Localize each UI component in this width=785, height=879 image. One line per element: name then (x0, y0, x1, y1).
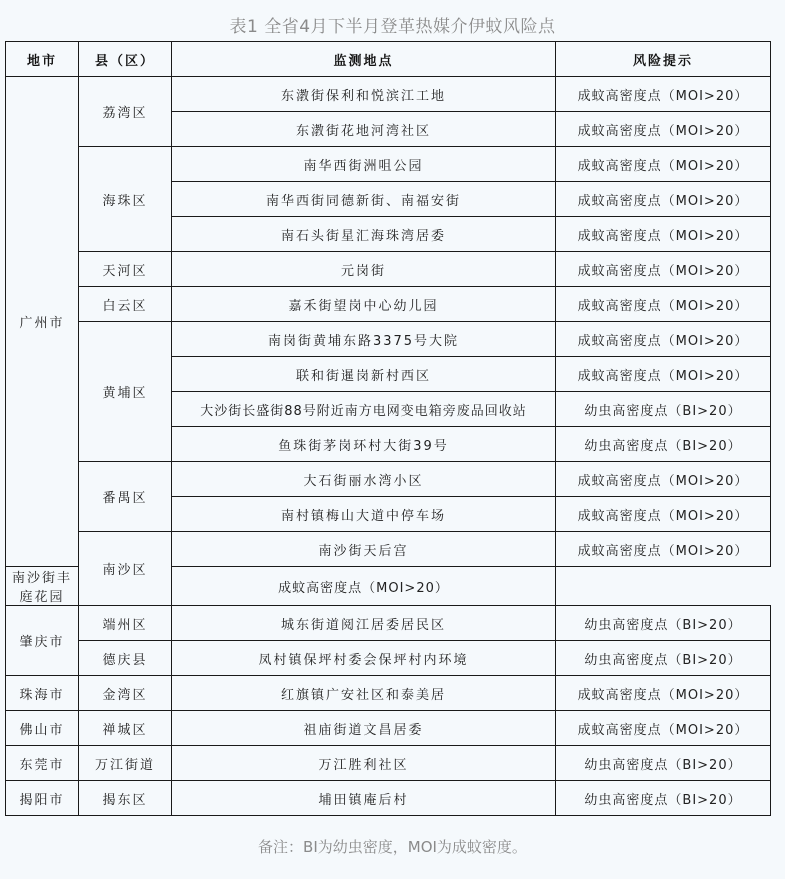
risk-cell: 成蚊高密度点（MOI>20） (556, 357, 771, 392)
site-cell: 东漖街保利和悦滨江工地 (172, 77, 556, 112)
site-cell: 万江胜利社区 (172, 746, 556, 781)
risk-cell: 成蚊高密度点（MOI>20） (556, 532, 771, 567)
risk-cell: 成蚊高密度点（MOI>20） (556, 217, 771, 252)
table-row: 白云区 嘉禾街望岗中心幼儿园 成蚊高密度点（MOI>20） (6, 287, 771, 322)
district-cell: 天河区 (79, 252, 172, 287)
risk-cell: 成蚊高密度点（MOI>20） (556, 322, 771, 357)
risk-cell: 成蚊高密度点（MOI>20） (556, 147, 771, 182)
risk-cell: 成蚊高密度点（MOI>20） (556, 497, 771, 532)
risk-points-table: 地市 县（区） 监测地点 风险提示 广州市 荔湾区 东漖街保利和悦滨江工地 成蚊… (5, 41, 771, 816)
city-cell: 珠海市 (6, 676, 79, 711)
site-cell: 嘉禾街望岗中心幼儿园 (172, 287, 556, 322)
district-cell: 白云区 (79, 287, 172, 322)
risk-cell: 成蚊高密度点（MOI>20） (556, 77, 771, 112)
district-cell: 海珠区 (79, 147, 172, 252)
district-cell: 揭东区 (79, 781, 172, 816)
risk-cell: 幼虫高密度点（BI>20） (556, 641, 771, 676)
site-cell: 东漖街花地河湾社区 (172, 112, 556, 147)
risk-cell: 幼虫高密度点（BI>20） (556, 781, 771, 816)
table-row: 珠海市 金湾区 红旗镇广安社区和泰美居 成蚊高密度点（MOI>20） (6, 676, 771, 711)
district-cell: 金湾区 (79, 676, 172, 711)
risk-cell: 幼虫高密度点（BI>20） (556, 746, 771, 781)
district-cell: 番禺区 (79, 462, 172, 532)
risk-cell: 成蚊高密度点（MOI>20） (172, 567, 556, 606)
site-cell: 红旗镇广安社区和泰美居 (172, 676, 556, 711)
table-row: 东莞市 万江街道 万江胜利社区 幼虫高密度点（BI>20） (6, 746, 771, 781)
city-cell: 佛山市 (6, 711, 79, 746)
district-cell: 端州区 (79, 606, 172, 641)
site-cell: 鱼珠街茅岗环村大街39号 (172, 427, 556, 462)
header-city: 地市 (6, 42, 79, 77)
risk-cell: 成蚊高密度点（MOI>20） (556, 112, 771, 147)
table-row: 揭阳市 揭东区 埔田镇庵后村 幼虫高密度点（BI>20） (6, 781, 771, 816)
table-row: 佛山市 禅城区 祖庙街道文昌居委 成蚊高密度点（MOI>20） (6, 711, 771, 746)
table-row: 天河区 元岗街 成蚊高密度点（MOI>20） (6, 252, 771, 287)
district-cell: 黄埔区 (79, 322, 172, 462)
risk-cell: 成蚊高密度点（MOI>20） (556, 287, 771, 322)
site-cell: 南华西街洲咀公园 (172, 147, 556, 182)
table-row: 番禺区 大石街丽水湾小区 成蚊高密度点（MOI>20） (6, 462, 771, 497)
site-cell: 南岗街黄埔东路3375号大院 (172, 322, 556, 357)
table-row: 广州市 荔湾区 东漖街保利和悦滨江工地 成蚊高密度点（MOI>20） (6, 77, 771, 112)
district-cell: 德庆县 (79, 641, 172, 676)
footnote: 备注：BI为幼虫密度，MOI为成蚊密度。 (0, 836, 785, 857)
table-row: 肇庆市 端州区 城东街道阅江居委居民区 幼虫高密度点（BI>20） (6, 606, 771, 641)
header-risk: 风险提示 (556, 42, 771, 77)
city-cell: 揭阳市 (6, 781, 79, 816)
risk-cell: 成蚊高密度点（MOI>20） (556, 182, 771, 217)
district-cell: 南沙区 (79, 532, 172, 606)
risk-cell: 幼虫高密度点（BI>20） (556, 427, 771, 462)
risk-cell: 成蚊高密度点（MOI>20） (556, 711, 771, 746)
site-cell: 凤村镇保坪村委会保坪村内环境 (172, 641, 556, 676)
risk-cell: 成蚊高密度点（MOI>20） (556, 252, 771, 287)
header-site: 监测地点 (172, 42, 556, 77)
table-header-row: 地市 县（区） 监测地点 风险提示 (6, 42, 771, 77)
table-row: 黄埔区 南岗街黄埔东路3375号大院 成蚊高密度点（MOI>20） (6, 322, 771, 357)
table-row: 南沙区 南沙街天后宫 成蚊高密度点（MOI>20） (6, 532, 771, 567)
site-cell: 南沙街天后宫 (172, 532, 556, 567)
site-cell: 南村镇梅山大道中停车场 (172, 497, 556, 532)
city-cell: 广州市 (6, 77, 79, 567)
site-cell: 南华西街同德新街、南福安街 (172, 182, 556, 217)
site-cell: 南石头街星汇海珠湾居委 (172, 217, 556, 252)
site-cell: 祖庙街道文昌居委 (172, 711, 556, 746)
site-cell: 元岗街 (172, 252, 556, 287)
district-cell: 荔湾区 (79, 77, 172, 147)
risk-cell: 成蚊高密度点（MOI>20） (556, 676, 771, 711)
district-cell: 万江街道 (79, 746, 172, 781)
table-row: 德庆县 凤村镇保坪村委会保坪村内环境 幼虫高密度点（BI>20） (6, 641, 771, 676)
table-body: 广州市 荔湾区 东漖街保利和悦滨江工地 成蚊高密度点（MOI>20） 东漖街花地… (6, 77, 771, 816)
city-cell: 东莞市 (6, 746, 79, 781)
site-cell: 大沙街长盛街88号附近南方电网变电箱旁废品回收站 (172, 392, 556, 427)
risk-cell: 幼虫高密度点（BI>20） (556, 606, 771, 641)
site-cell: 埔田镇庵后村 (172, 781, 556, 816)
table-title: 表1 全省4月下半月登革热媒介伊蚊风险点 (0, 12, 785, 37)
risk-cell: 幼虫高密度点（BI>20） (556, 392, 771, 427)
site-cell: 大石街丽水湾小区 (172, 462, 556, 497)
risk-cell: 成蚊高密度点（MOI>20） (556, 462, 771, 497)
district-cell: 禅城区 (79, 711, 172, 746)
site-cell: 城东街道阅江居委居民区 (172, 606, 556, 641)
city-cell: 肇庆市 (6, 606, 79, 676)
site-cell: 南沙街丰庭花园 (6, 567, 79, 606)
table-row: 海珠区 南华西街洲咀公园 成蚊高密度点（MOI>20） (6, 147, 771, 182)
header-district: 县（区） (79, 42, 172, 77)
site-cell: 联和街暹岗新村西区 (172, 357, 556, 392)
